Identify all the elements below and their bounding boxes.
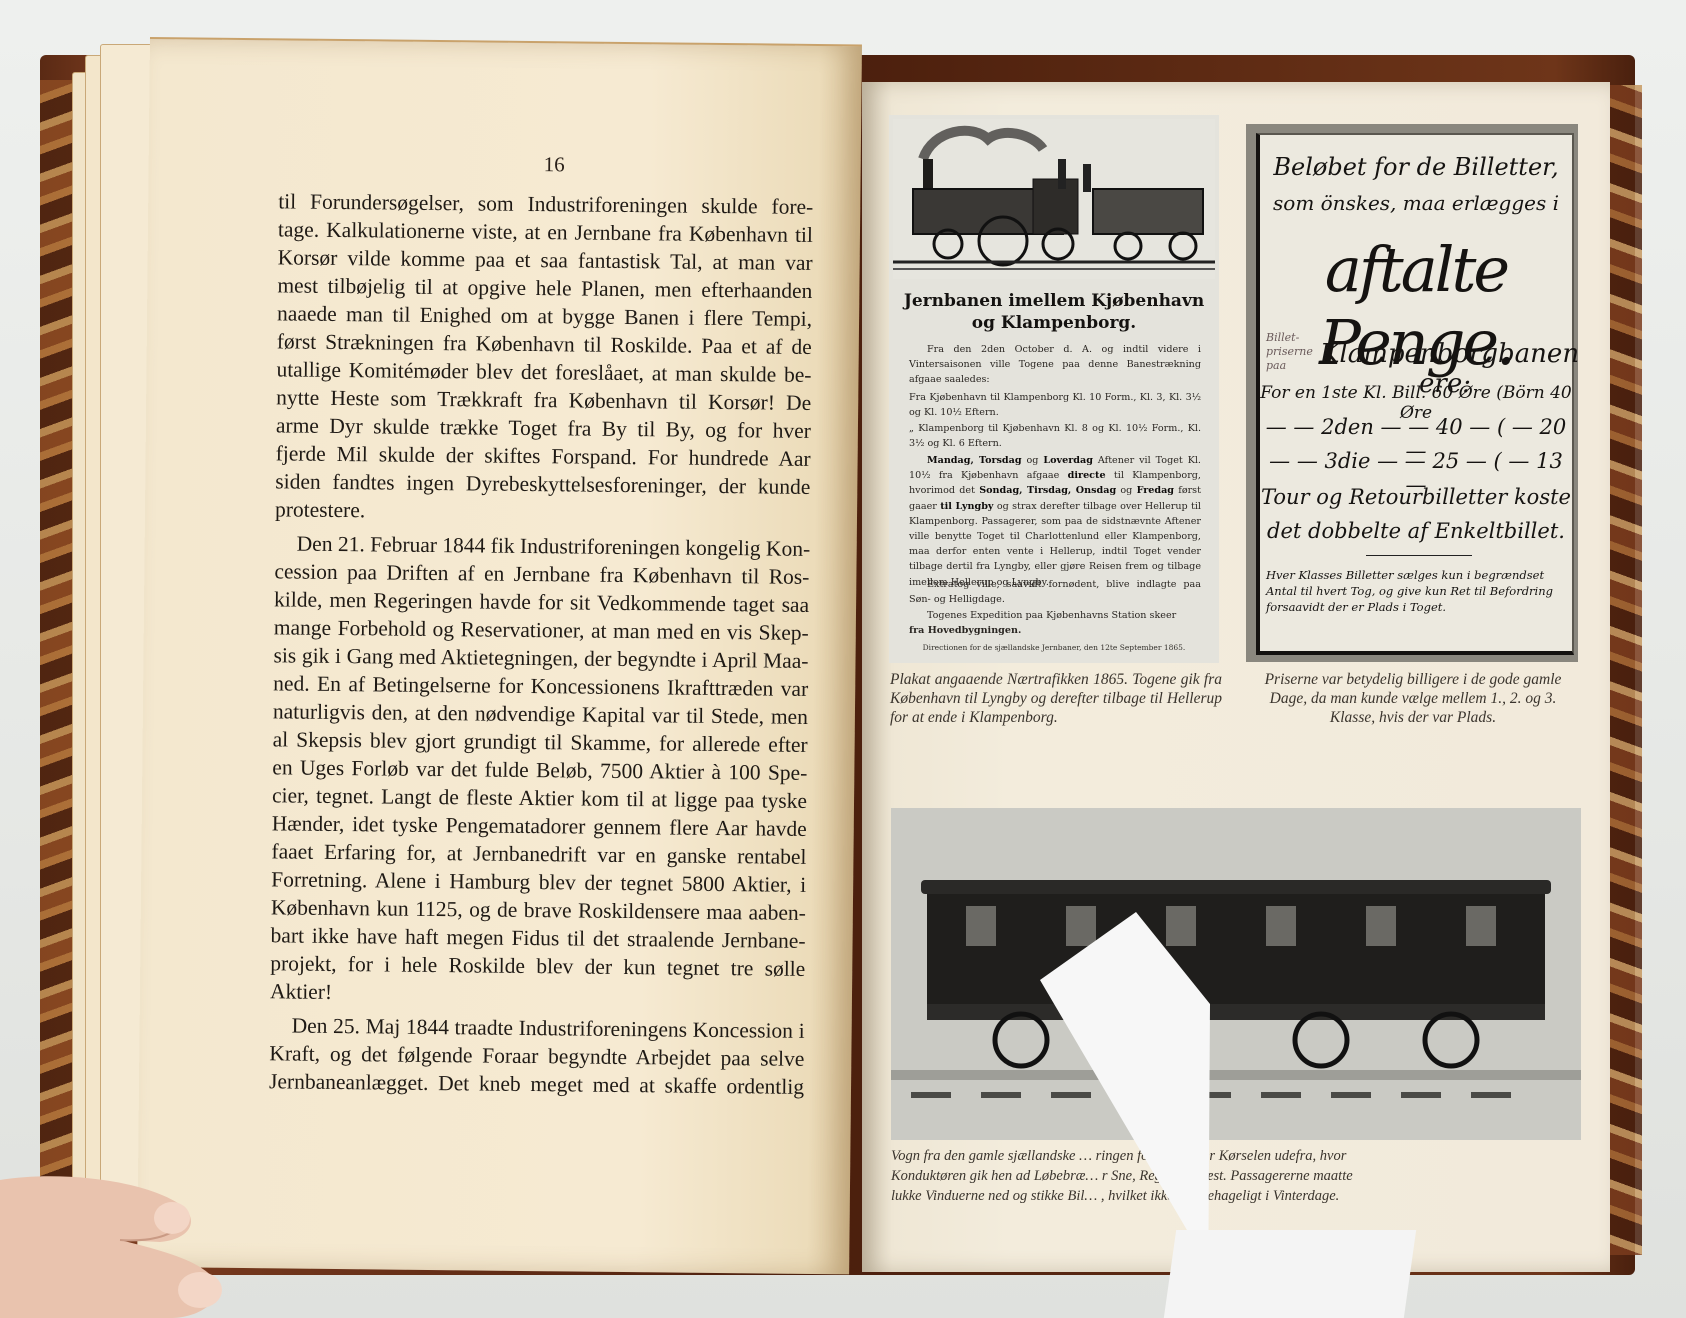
locomotive-illustration xyxy=(893,119,1215,279)
notice-schedule: Fra Kjøbenhavn til Klampenborg Kl. 10 Fo… xyxy=(909,390,1201,420)
bold-text: til Lyngby xyxy=(940,501,993,512)
caption-line: lukke Vinduerne ned og stikke Bil… , hvi… xyxy=(891,1186,1581,1206)
notice-paragraph-bold: fra Hovedbygningen. xyxy=(909,623,1201,638)
bold-text: Sondag, Tirsdag, Onsdag xyxy=(979,485,1116,496)
text: og xyxy=(1022,455,1044,466)
hand-holding-page xyxy=(0,1170,290,1318)
bold-text: Fredag xyxy=(1137,485,1174,496)
notice-paragraph: Extratog ville, saavidt fornødent, blive… xyxy=(909,577,1201,607)
railway-carriage-illustration xyxy=(891,808,1581,1140)
divider xyxy=(1366,555,1472,556)
notice-caption: Plakat angaaende Nærtrafikken 1865. Toge… xyxy=(890,670,1222,727)
text-line: Aktier! xyxy=(270,977,805,1011)
text-line: projekt, for i hele Roskilde blev der ku… xyxy=(270,949,805,983)
bold-text: Mandag, Torsdag xyxy=(927,455,1022,466)
page-number: 16 xyxy=(544,152,565,177)
left-page: 16 til Forundersøgelser, som Industrifor… xyxy=(137,37,862,1274)
notice-paragraph: Mandag, Torsdag og Loverdag Aftener vil … xyxy=(909,453,1201,590)
carriage-caption: Vogn fra den gamle sjællandske … ringen … xyxy=(891,1146,1581,1206)
notice-schedule: „ Klampenborg til Kjøbenhavn Kl. 8 og Kl… xyxy=(909,421,1201,451)
text-line: Jernbaneanlægget. Det kneb meget med at … xyxy=(269,1067,804,1101)
placard-line: Tour og Retourbilletter koste xyxy=(1260,485,1572,509)
placard-line: som önskes, maa erlægges i xyxy=(1260,191,1572,215)
placard-line: det dobbelte af Enkeltbillet. xyxy=(1260,519,1572,543)
placard-line: Beløbet for de Billetter, xyxy=(1260,153,1572,181)
body-text: til Forundersøgelser, som Industriforeni… xyxy=(269,187,813,1101)
bold-text: directe xyxy=(1068,470,1106,481)
placard-footnote: Hver Klasses Billetter sælges kun i begr… xyxy=(1266,567,1566,615)
paper-bookmark-tail xyxy=(1164,1230,1416,1318)
text: og strax derefter tilbage over Hellerup … xyxy=(909,501,1201,588)
notice-title: Jernbanen imellem Kjøbenhavn xyxy=(889,290,1219,312)
text-line: protestere. xyxy=(275,495,810,529)
carriage-photo xyxy=(891,808,1581,1140)
notice-paragraph: Fra den 2den October d. A. og indtil vid… xyxy=(909,342,1201,388)
caption-line: Vogn fra den gamle sjællandske … ringen … xyxy=(891,1146,1581,1166)
caption-line: Konduktøren gik hen ad Løbebræ… r Sne, R… xyxy=(891,1166,1581,1186)
price-placard-plate: Beløbet for de Billetter, som önskes, ma… xyxy=(1246,124,1578,662)
placard-caption: Priserne var betydelig billigere i de go… xyxy=(1247,670,1579,727)
placard-board: Beløbet for de Billetter, som önskes, ma… xyxy=(1256,133,1574,655)
notice-subtitle: og Klampenborg. xyxy=(889,312,1219,334)
text: og xyxy=(1116,485,1136,496)
notice-paragraph: Togenes Expedition paa Kjøbenhavns Stati… xyxy=(909,608,1201,623)
notice-plate: Jernbanen imellem Kjøbenhavn og Klampenb… xyxy=(889,115,1219,663)
notice-signature: Directionen for de sjællandske Jernbaner… xyxy=(889,643,1219,652)
bold-text: Loverdag xyxy=(1043,455,1093,466)
